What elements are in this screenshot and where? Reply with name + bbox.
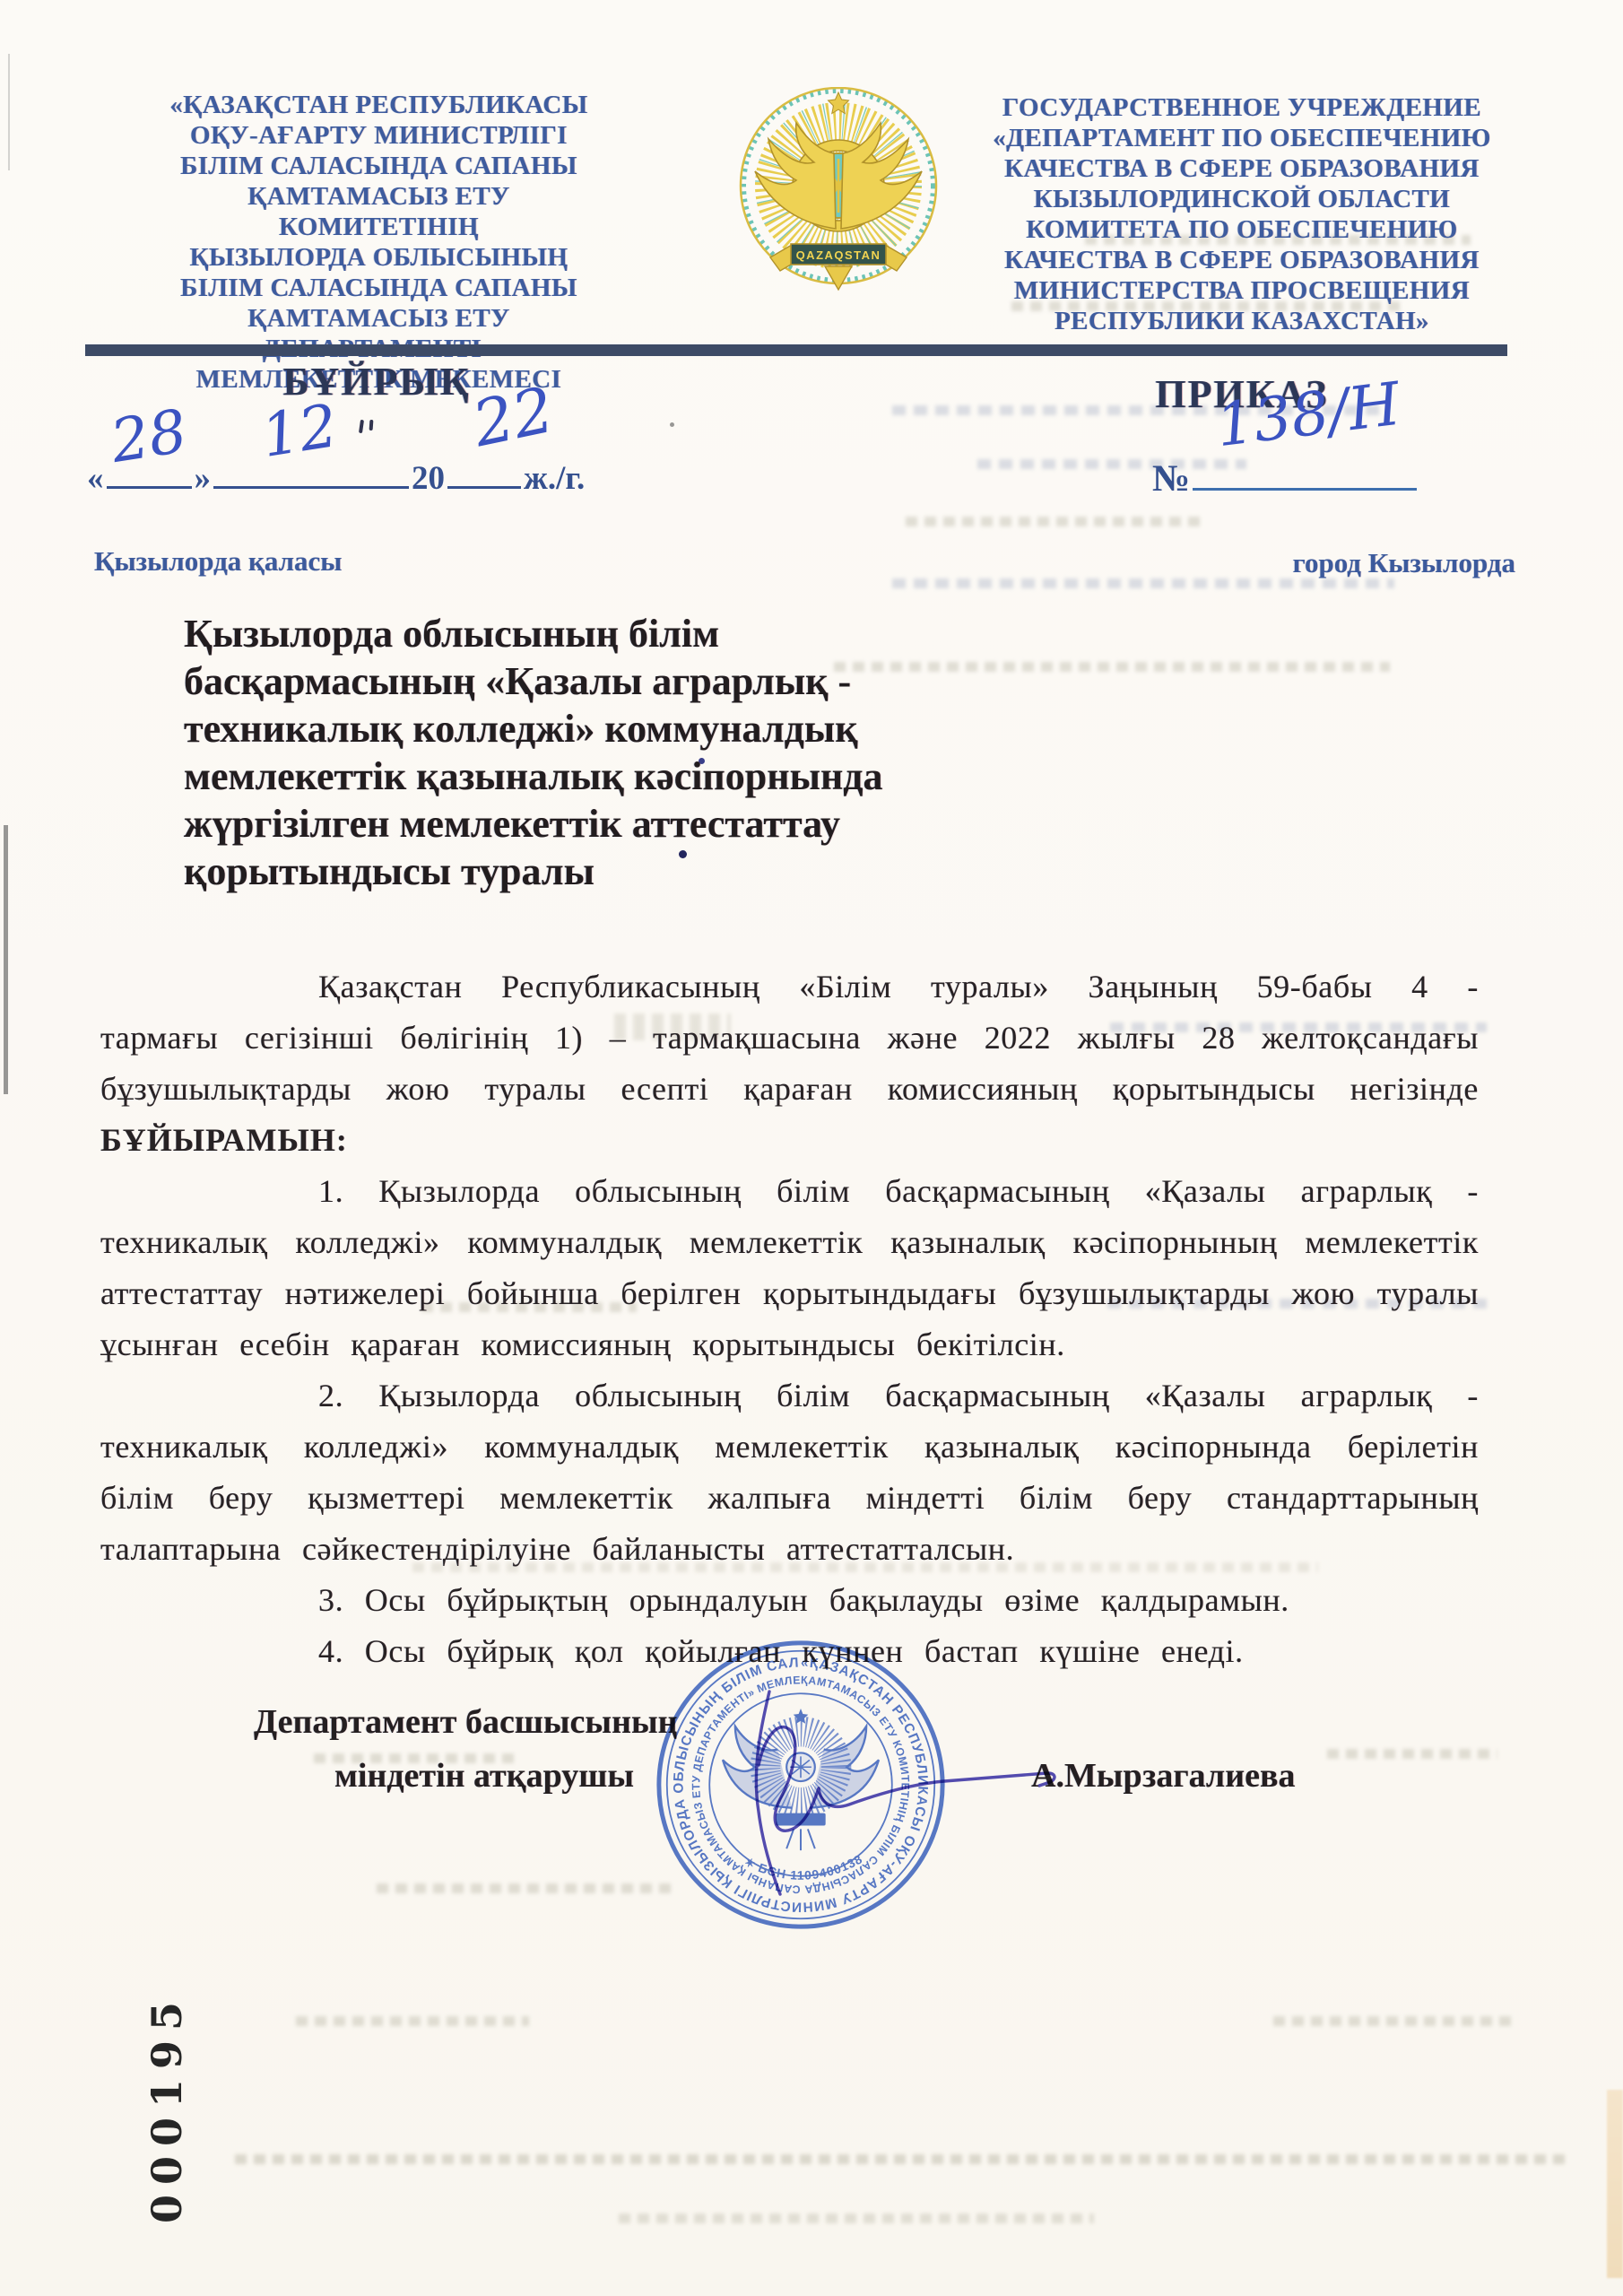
order-number-line: № <box>1152 450 1419 500</box>
kazakhstan-coat-of-arms-icon: QAZAQSTAN <box>735 87 942 293</box>
city-kazakh: Қызылорда қаласы <box>94 545 343 578</box>
handwritten-month: 12 <box>256 391 342 471</box>
header-line: «ДЕПАРТАМЕНТ ПО ОБЕСПЕЧЕНИЮ <box>986 123 1497 153</box>
header-line: КЫЗЫЛОРДИНСКОЙ ОБЛАСТИ <box>986 184 1497 214</box>
i-order-word: БҰЙЫРАМЫН: <box>100 1122 348 1158</box>
order-subject-title: Қызылорда облысының білім басқармасының … <box>184 610 955 895</box>
header-line: МИНИСТЕРСТВА ПРОСВЕЩЕНИЯ <box>986 275 1497 306</box>
star-icon <box>829 92 849 114</box>
bleed-through-artifact <box>906 517 1202 526</box>
header-line: БІЛІМ САЛАСЫНДА САПАНЫ <box>148 151 610 181</box>
bleed-through-artifact <box>892 578 1394 588</box>
title-line: мемлекеттік қазыналық кәсіпорнында <box>184 752 955 800</box>
banner-text: QAZAQSTAN <box>796 248 881 262</box>
scan-smudge-artifact <box>1607 2090 1623 2278</box>
header-institution-russian: ГОСУДАРСТВЕННОЕ УЧРЕЖДЕНИЕ «ДЕПАРТАМЕНТ … <box>986 92 1497 336</box>
order-body: Қазақстан Республикасының «Білім туралы»… <box>100 961 1479 1677</box>
title-line: басқармасының «Қазалы аграрлық - <box>184 657 955 705</box>
preamble-paragraph: Қазақстан Республикасының «Білім туралы»… <box>100 961 1479 1166</box>
header-line: КОМИТЕТА ПО ОБЕСПЕЧЕНИЮ <box>986 214 1497 245</box>
ink-mark-artifact <box>360 420 386 438</box>
handwritten-day: 28 <box>106 396 191 476</box>
signer-role-line2: міндетін атқарушы <box>334 1756 634 1796</box>
header-separator-rule <box>85 344 1507 356</box>
year-units-label: ж./г. <box>524 460 585 497</box>
header-line: ОҚУ-АҒАРТУ МИНИСТРЛІГІ <box>148 120 610 151</box>
scan-edge-artifact <box>8 54 10 170</box>
bleed-through-artifact <box>1327 1749 1497 1759</box>
header-line: БІЛІМ САЛАСЫНДА САПАНЫ <box>148 273 610 303</box>
order-item-3: 3. Осы бұйрықтың орындалуын бақылауды өз… <box>100 1575 1479 1626</box>
year-prefix: 20 <box>412 460 445 497</box>
title-line: қорытындысы туралы <box>184 848 955 895</box>
bleed-through-artifact <box>619 2213 1094 2223</box>
handwritten-year: 22 <box>466 373 560 462</box>
header-line: КАЧЕСТВА В СФЕРЕ ОБРАЗОВАНИЯ <box>986 245 1497 275</box>
order-item-1: 1. Қызылорда облысының білім басқармасын… <box>100 1166 1479 1370</box>
scanned-order-document: «ҚАЗАҚСТАН РЕСПУБЛИКАСЫ ОҚУ-АҒАРТУ МИНИС… <box>0 0 1623 2296</box>
scan-edge-artifact <box>4 825 8 1094</box>
preamble-text: Қазақстан Республикасының «Білім туралы»… <box>100 969 1479 1107</box>
ink-speck <box>670 422 674 427</box>
header-line: КАЧЕСТВА В СФЕРЕ ОБРАЗОВАНИЯ <box>986 153 1497 184</box>
header-line: РЕСПУБЛИКИ КАЗАХСТАН» <box>986 306 1497 336</box>
title-line: жүргізілген мемлекеттік аттестаттау <box>184 800 955 848</box>
header-line: «ҚАЗАҚСТАН РЕСПУБЛИКАСЫ <box>148 90 610 120</box>
title-line: Қызылорда облысының білім <box>184 610 955 657</box>
vertical-page-number: 000195 <box>143 1992 191 2223</box>
header-line: ГОСУДАРСТВЕННОЕ УЧРЕЖДЕНИЕ <box>986 92 1497 123</box>
title-line: техникалық колледжі» коммуналдық <box>184 705 955 752</box>
number-sign: № <box>1152 458 1190 500</box>
close-quote: » <box>195 460 212 497</box>
order-item-2: 2. Қызылорда облысының білім басқармасын… <box>100 1370 1479 1575</box>
bleed-through-artifact <box>296 2016 529 2026</box>
bleed-through-artifact <box>1273 2016 1515 2026</box>
bleed-through-artifact <box>235 2154 1571 2164</box>
header-line: ҚАМТАМАСЫЗ ЕТУ КОМИТЕТІНІҢ <box>148 181 610 242</box>
city-russian: город Кызылорда <box>1157 547 1515 579</box>
open-quote: « <box>87 460 104 497</box>
header-line: ҚЫЗЫЛОРДА ОБЛЫСЫНЫҢ <box>148 242 610 273</box>
signer-role-line1: Департамент басшысының <box>254 1702 678 1742</box>
handwritten-signature <box>628 1657 1094 1918</box>
